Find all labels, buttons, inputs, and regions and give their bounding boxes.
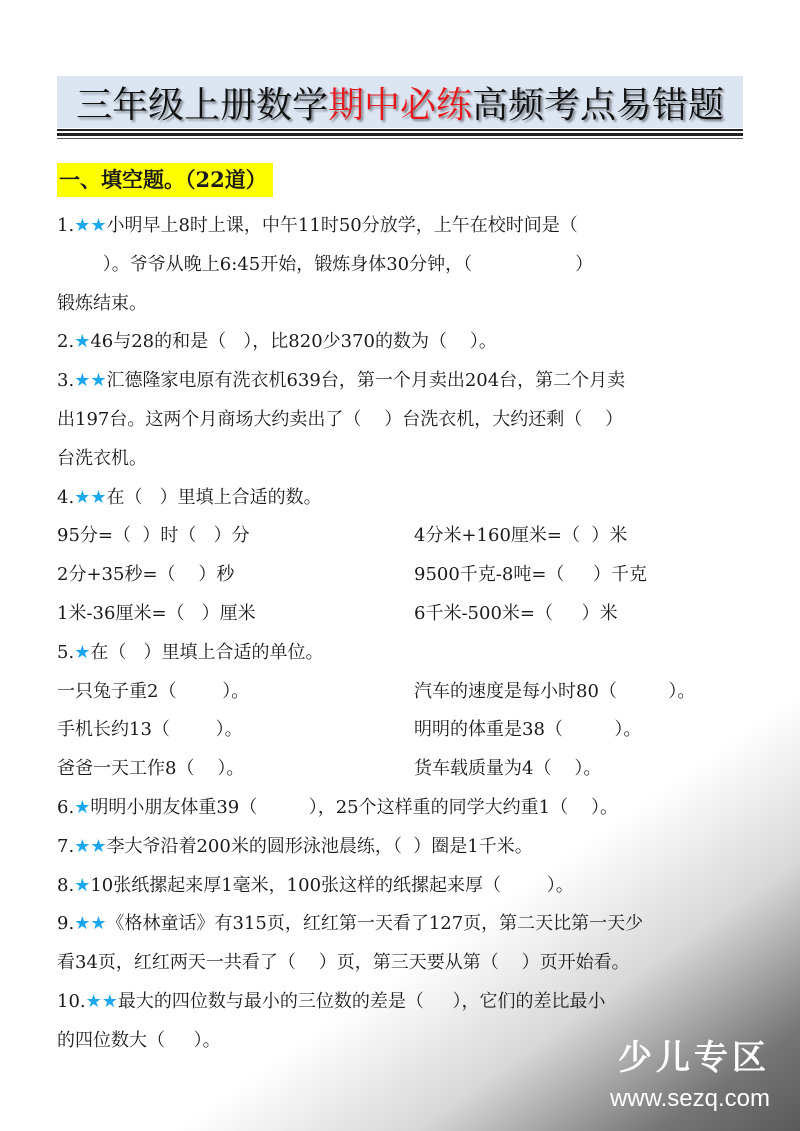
question-7: 7.★★李大爷沿着200米的圆形泳池晨练，（ ）圈是1千米。 [57,828,747,867]
title-highlight: 期中必练 [328,85,472,126]
title-banner: 三年级上册数学期中必练高频考点易错题 [57,76,743,128]
question-10-line-1: 10.★★最大的四位数与最小的三位数的差是（ ），它们的差比最小 [57,983,747,1022]
question-4-row-3: 1米-36厘米=（ ）厘米6千米-500米=（ ）米 [57,595,747,634]
question-5: 5.★在（ ）里填上合适的单位。 [57,634,747,673]
question-3-line-3: 台洗衣机。 [57,440,747,479]
difficulty-star-icon: ★ [74,797,90,818]
question-5-row-3: 爸爸一天工作8（ ）。货车载质量为4（ ）。 [57,750,747,789]
difficulty-star-icon: ★★ [74,215,106,236]
question-1-line-2: ）。爷爷从晚上6:45开始，锻炼身体30分钟，（ ） [57,246,747,285]
question-1-line-1: 1.★★小明早上8时上课，中午11时50分放学，上午在校时间是（ [57,207,747,246]
question-3-line-2: 出197台。这两个月商场大约卖出了（ ）台洗衣机，大约还剩（ ） [57,401,747,440]
question-4: 4.★★在（ ）里填上合适的数。 [57,479,747,518]
title-underline-rule [57,129,743,139]
difficulty-star-icon: ★★ [74,913,106,934]
difficulty-star-icon: ★ [74,875,90,896]
difficulty-star-icon: ★★ [74,836,106,857]
difficulty-star-icon: ★★ [74,370,106,391]
title-part-2: 高频考点易错题 [472,85,724,126]
watermark: 少儿专区 www.sezq.com [610,1038,770,1114]
question-6: 6.★明明小朋友体重39（ ），25个这样重的同学大约重1（ ）。 [57,789,747,828]
question-9-line-1: 9.★★《格林童话》有315页，红红第一天看了127页，第二天比第一天少 [57,905,747,944]
question-5-row-2: 手机长约13（ ）。明明的体重是38（ ）。 [57,711,747,750]
difficulty-star-icon: ★ [74,331,90,352]
question-1-line-3: 锻炼结束。 [57,285,747,324]
watermark-url: www.sezq.com [610,1084,770,1114]
difficulty-star-icon: ★★ [74,487,106,508]
title-part-1: 三年级上册数学 [76,85,328,126]
difficulty-star-icon: ★ [74,642,90,663]
question-5-row-1: 一只兔子重2（ ）。汽车的速度是每小时80（ ）。 [57,673,747,712]
question-list: 1.★★小明早上8时上课，中午11时50分放学，上午在校时间是（ ）。爷爷从晚上… [57,207,747,1061]
page-title: 三年级上册数学期中必练高频考点易错题 [76,77,724,128]
question-4-row-1: 95分=（ ）时（ ）分4分米+160厘米=（ ）米 [57,517,747,556]
question-8: 8.★10张纸摞起来厚1毫米，100张这样的纸摞起来厚（ ）。 [57,867,747,906]
question-9-line-2: 看34页，红红两天一共看了（ ）页，第三天要从第（ ）页开始看。 [57,944,747,983]
watermark-brand: 少儿专区 [610,1038,770,1078]
question-4-row-2: 2分+35秒=（ ）秒9500千克-8吨=（ ）千克 [57,556,747,595]
question-3-line-1: 3.★★汇德隆家电原有洗衣机639台，第一个月卖出204台，第二个月卖 [57,362,747,401]
section-heading: 一、填空题。（22道） [57,163,273,197]
difficulty-star-icon: ★★ [86,991,118,1012]
question-2: 2.★46与28的和是（ ），比820少370的数为（ ）。 [57,323,747,362]
